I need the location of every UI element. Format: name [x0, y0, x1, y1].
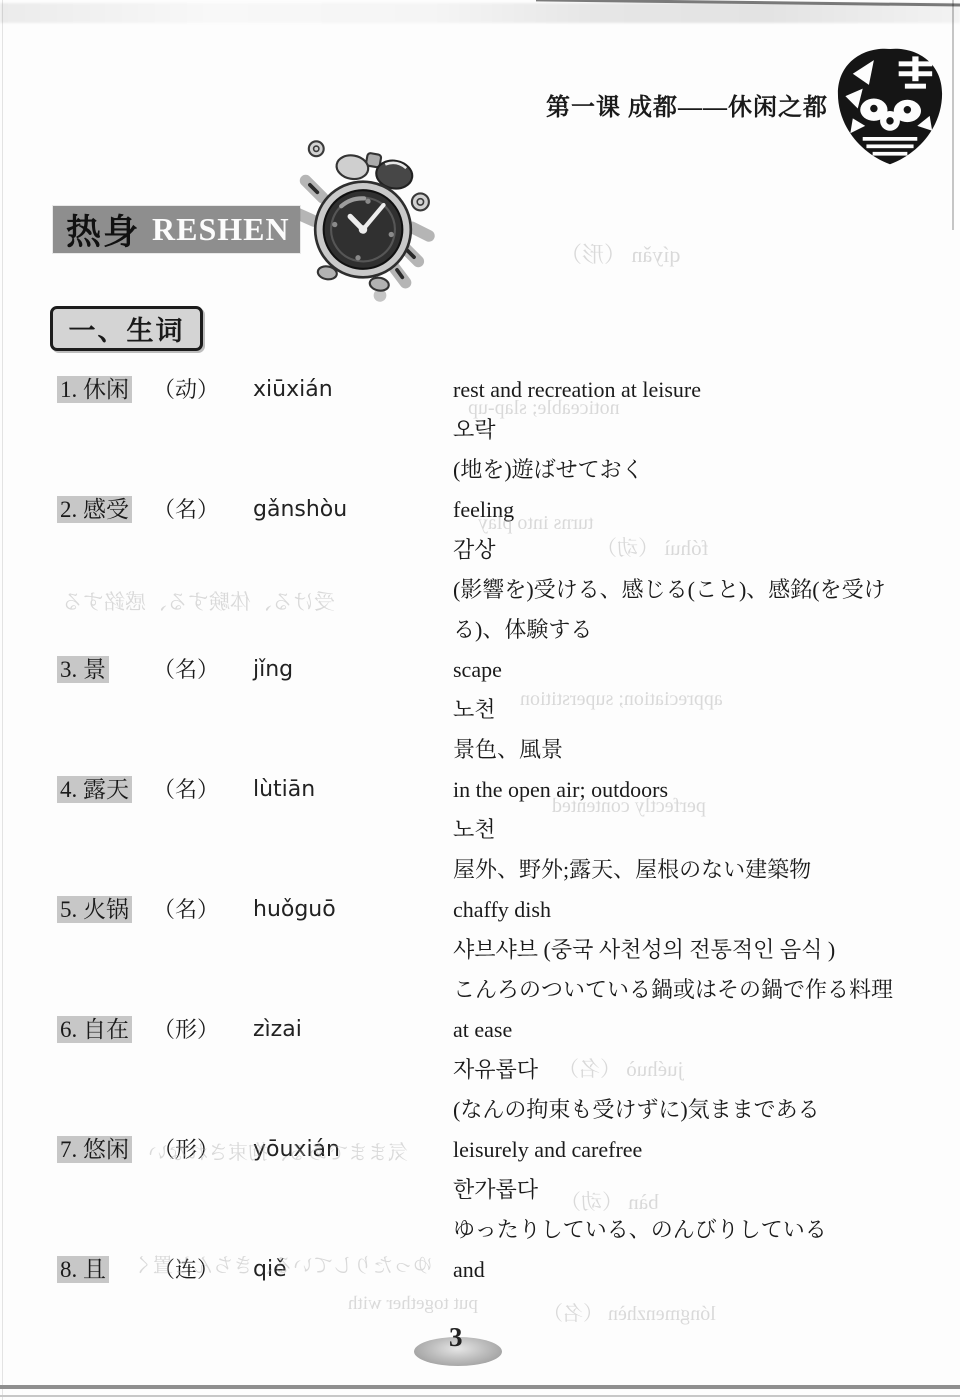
bleedthrough-text: bàn （动）: [560, 1186, 659, 1216]
vocab-part-of-speech: （名）: [153, 650, 253, 690]
vocab-definitions: and: [453, 1250, 907, 1290]
vocab-word: 景: [83, 657, 106, 682]
vocab-definition-line: and: [453, 1250, 907, 1290]
vocab-pinyin: zìzai: [253, 1010, 453, 1050]
vocab-term-highlight: 5. 火锅: [57, 896, 132, 923]
vocab-part-of-speech: （形）: [153, 1010, 253, 1050]
vocab-definition-line: こんろのついている鍋或はその鍋で作る料理: [453, 970, 907, 1010]
vocab-word: 且: [83, 1257, 106, 1282]
vocab-entry: 3. 景 （名） jǐng scape노천景色、風景: [57, 650, 907, 770]
vocab-term: 3. 景: [57, 650, 153, 690]
vocab-part-of-speech: （名）: [153, 490, 253, 530]
vocab-part-of-speech: （动）: [153, 370, 253, 410]
bleedthrough-text: put together with: [348, 1293, 478, 1315]
vocab-number: 7.: [60, 1137, 77, 1162]
vocab-word: 露天: [83, 777, 129, 802]
vocab-term-highlight: 1. 休闲: [57, 376, 132, 403]
bleedthrough-text: noticeable; slap-up: [468, 397, 620, 420]
warmup-banner: 热身 RESHEN: [53, 206, 300, 253]
bleedthrough-text: 受ける、体験する、感銘する: [62, 586, 335, 616]
vocab-entry: 4. 露天 （名） lùtiān in the open air; outdoo…: [57, 770, 907, 890]
vocab-word: 感受: [83, 497, 129, 522]
vocab-pinyin: gǎnshòu: [253, 490, 453, 530]
bleedthrough-text: lóngmenzhèn （名）: [543, 1297, 716, 1326]
vocab-term: 2. 感受: [57, 490, 153, 530]
vocab-number: 1.: [60, 377, 77, 402]
vocab-term: 1. 休闲: [57, 370, 153, 410]
scan-bottom-line: [0, 1385, 960, 1389]
vocab-number: 8.: [60, 1257, 77, 1282]
vocab-definition-line: scape: [453, 650, 907, 690]
warmup-banner-chinese: 热身: [66, 205, 140, 255]
vocab-definition-line: (なんの拘束も受けずに)気ままである: [453, 1090, 907, 1130]
vocab-pinyin: xiūxián: [253, 370, 453, 410]
vocab-definitions: rest and recreation at leisure오락(地を)遊ばせて…: [453, 370, 907, 490]
vocab-definitions: chaffy dish샤브샤브 (중국 사천성의 전통적인 음식 )こんろのつい…: [453, 890, 907, 1010]
bleedthrough-text: ゆったりしている、きちんと置く: [133, 1249, 433, 1278]
bleedthrough-text: perfectly contented: [552, 795, 706, 818]
vocab-number: 4.: [60, 777, 77, 802]
vocab-definition-line: leisurely and carefree: [453, 1130, 907, 1170]
bleedthrough-text: juéhuò （名）: [558, 1053, 683, 1083]
page-number: 3: [449, 1322, 463, 1353]
vocab-definition-line: 屋外、野外;露天、屋根のない建築物: [453, 850, 907, 890]
bleedthrough-text: turns into play: [478, 512, 594, 535]
bleedthrough-text: qíyǎn （形）: [560, 238, 680, 269]
vocab-pinyin: huǒguō: [253, 890, 453, 930]
vocab-word: 悠闲: [83, 1137, 129, 1162]
vocab-term: 4. 露天: [57, 770, 153, 810]
vocab-definition-line: (地を)遊ばせておく: [453, 450, 907, 490]
vocab-definitions: in the open air; outdoors노천屋外、野外;露天、屋根のな…: [453, 770, 907, 890]
alarm-clock-icon: [278, 136, 448, 306]
vocab-entry: 1. 休闲 （动） xiūxián rest and recreation at…: [57, 370, 907, 490]
vocab-entry: 6. 自在 （形） zìzai at ease자유롭다(なんの拘束も受けずに)気…: [57, 1010, 907, 1130]
bleedthrough-text: appreciation; superstition: [520, 688, 723, 711]
vocab-term: 7. 悠闲: [57, 1130, 153, 1170]
warmup-banner-pinyin: RESHEN: [152, 211, 290, 248]
vocab-part-of-speech: （名）: [153, 770, 253, 810]
lesson-header-title: 第一课 成都——休闲之都: [0, 87, 828, 122]
vocab-word: 自在: [83, 1017, 129, 1042]
vocab-definition-line: at ease: [453, 1010, 907, 1050]
paper-cut-emblem-icon: [828, 40, 952, 172]
vocab-number: 5.: [60, 897, 77, 922]
bleedthrough-text: 気ままである、拘束されない: [148, 1136, 408, 1165]
vocab-term-highlight: 7. 悠闲: [57, 1136, 132, 1163]
vocab-number: 2.: [60, 497, 77, 522]
book-page: 第一课 成都——休闲之都: [0, 0, 960, 1400]
scan-streak: [0, 3, 960, 23]
vocab-term-highlight: 2. 感受: [57, 496, 132, 523]
vocab-definition-line: 샤브샤브 (중국 사천성의 전통적인 음식 ): [453, 930, 907, 970]
scan-left-edge: [2, 0, 3, 1400]
vocab-definition-line: (影響を)受ける、感じる(こと)、感銘(を受ける)、体験する: [453, 570, 907, 650]
vocab-term-highlight: 6. 自在: [57, 1016, 132, 1043]
vocab-number: 6.: [60, 1017, 77, 1042]
vocab-entry: 5. 火锅 （名） huǒguō chaffy dish샤브샤브 (중국 사천성…: [57, 890, 907, 1010]
vocab-definition-line: ゆったりしている、のんびりしている: [453, 1210, 907, 1250]
vocab-term: 5. 火锅: [57, 890, 153, 930]
vocab-number: 3.: [60, 657, 77, 682]
vocab-definition-line: chaffy dish: [453, 890, 907, 930]
scan-right-edge: [952, 0, 954, 230]
vocab-definitions: leisurely and carefree한가롭다ゆったりしている、のんびりし…: [453, 1130, 907, 1250]
section-title-label: 一、生词: [69, 309, 185, 348]
bleedthrough-text: fóhuì （动）: [596, 532, 709, 562]
vocab-term-highlight: 8. 且: [57, 1256, 109, 1283]
vocab-word: 火锅: [83, 897, 129, 922]
vocab-word: 休闲: [83, 377, 129, 402]
scan-bottom-line: [0, 1395, 960, 1397]
vocab-pinyin: lùtiān: [253, 770, 453, 810]
vocab-term-highlight: 3. 景: [57, 656, 109, 683]
vocab-term-highlight: 4. 露天: [57, 776, 132, 803]
vocab-definition-line: 景色、風景: [453, 730, 907, 770]
section-title-box: 一、生词: [50, 306, 203, 351]
vocab-definition-line: 한가롭다: [453, 1170, 907, 1210]
vocab-part-of-speech: （名）: [153, 890, 253, 930]
vocab-term: 6. 自在: [57, 1010, 153, 1050]
vocab-pinyin: jǐng: [253, 650, 453, 690]
